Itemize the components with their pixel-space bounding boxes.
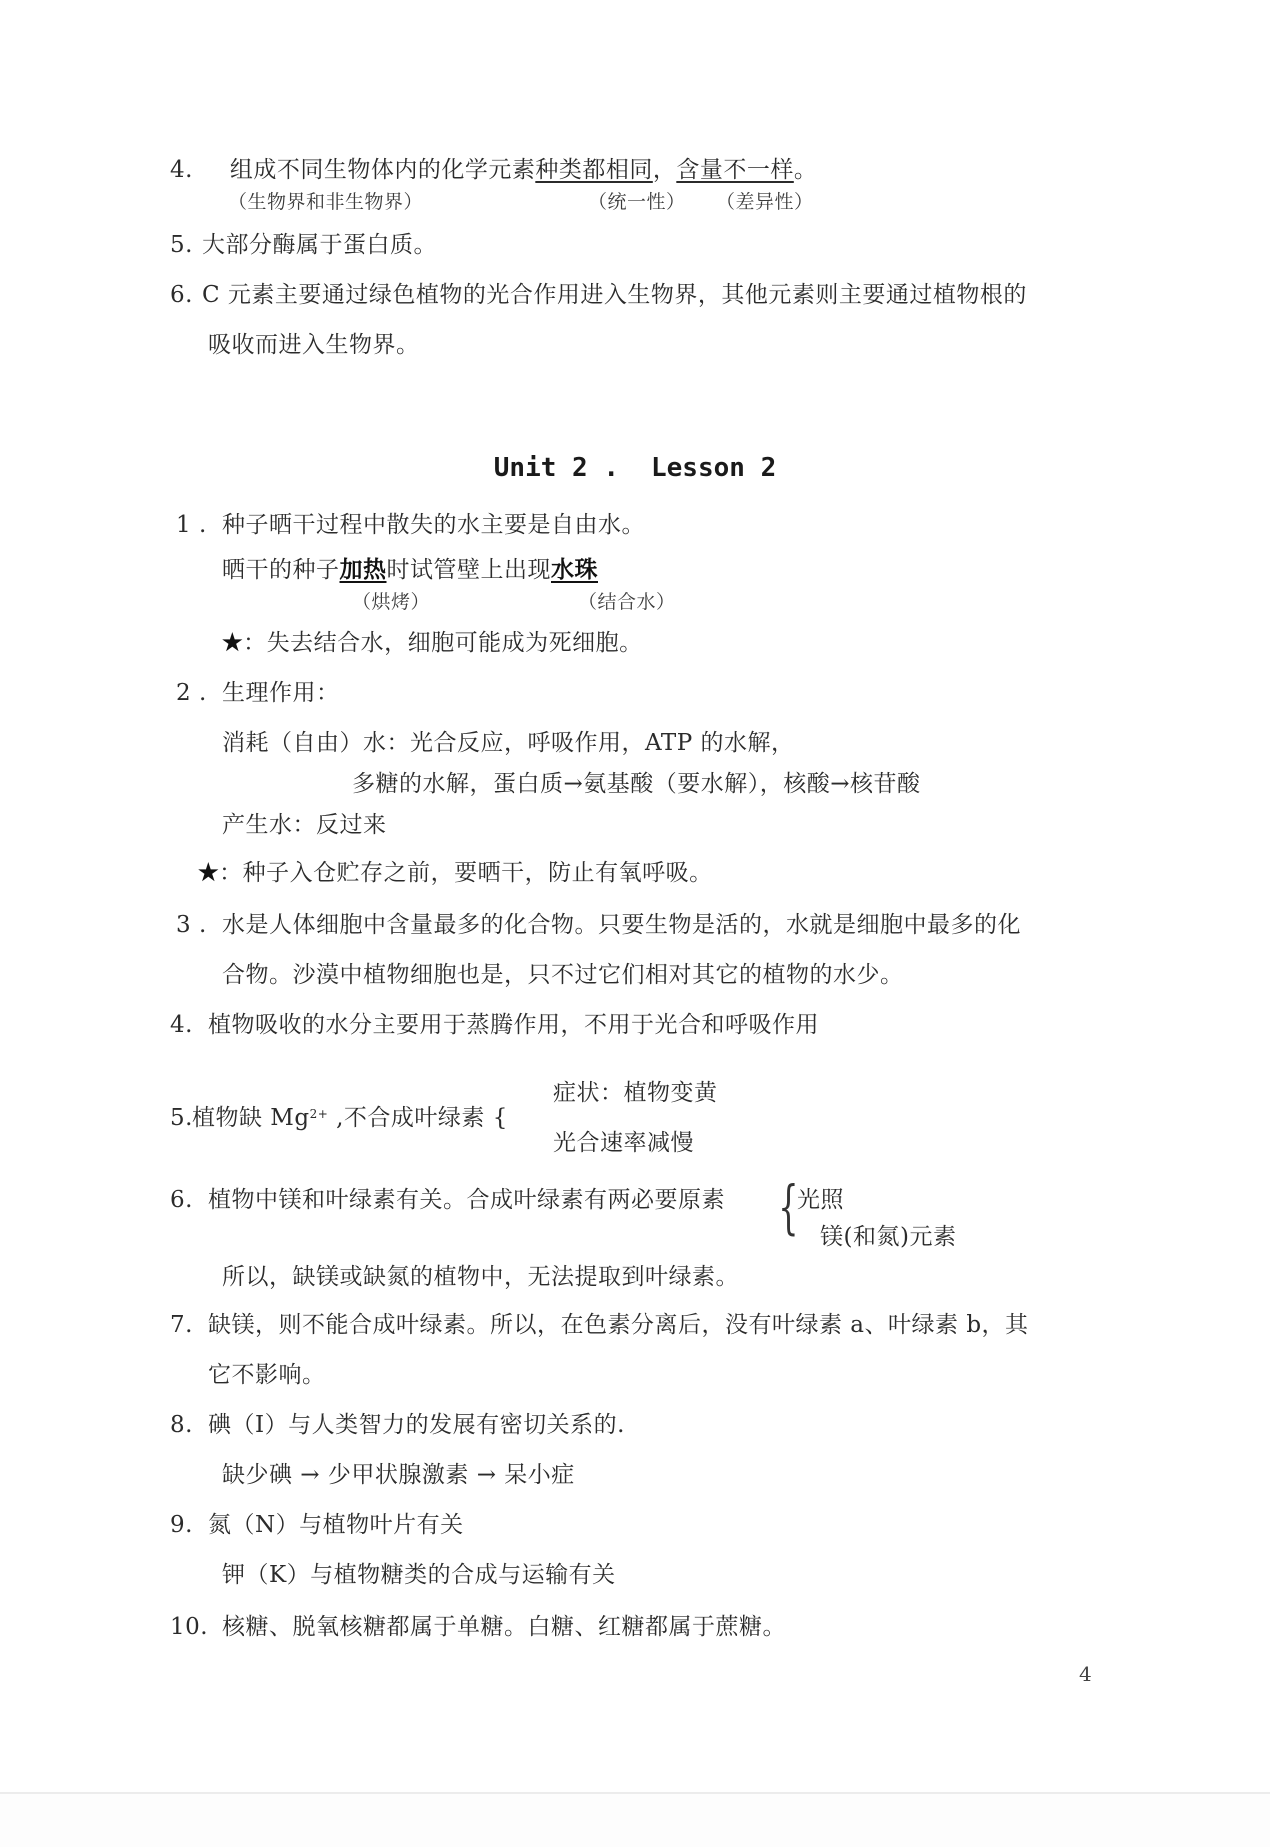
item-text: 缺镁，则不能合成叶绿素。所以，在色素分离后，没有叶绿素 a、叶绿素 b，其 — [208, 1312, 1029, 1338]
item-number: 4. — [170, 1010, 208, 1040]
lesson-item-6: 6.植物中镁和叶绿素有关。合成叶绿素有两必要原素 — [170, 1185, 725, 1215]
lesson-item-9-continuation: 钾（K）与植物糖类的合成与运输有关 — [222, 1560, 616, 1590]
item-number: 6. — [170, 280, 202, 310]
item-number: 10. — [170, 1612, 222, 1642]
underlined-term-same-kinds: 种类都相同 — [535, 157, 653, 183]
lesson-item-4: 4.植物吸收的水分主要用于蒸腾作用，不用于光合和呼吸作用 — [170, 1010, 819, 1040]
star-icon: ★ — [222, 629, 243, 656]
lesson-item-7-continuation: 它不影响。 — [208, 1360, 326, 1390]
item-number: 6. — [170, 1185, 208, 1215]
lesson-item-2-produce: 产生水：反过来 — [222, 810, 387, 840]
text: 时试管壁上出现 — [387, 557, 552, 583]
item-number: 4. — [170, 155, 222, 185]
lesson-item-1: 1 .种子晒干过程中散失的水主要是自由水。 — [176, 510, 645, 540]
item-text: 植物中镁和叶绿素有关。合成叶绿素有两必要原素 — [208, 1187, 725, 1213]
item-number: 3 . — [176, 910, 222, 940]
lesson-item-1-line-2: 晒干的种子加热时试管壁上出现水珠 — [222, 555, 598, 585]
next-page-gap — [0, 1794, 1270, 1847]
item-number: 9. — [170, 1510, 208, 1540]
item-text: 植物缺 Mg — [192, 1105, 310, 1131]
item-number: 2 . — [176, 678, 222, 708]
lesson-item-3: 3 .水是人体细胞中含量最多的化合物。只要生物是活的，水就是细胞中最多的化 — [176, 910, 1021, 940]
item-6-continuation: 吸收而进入生物界。 — [208, 330, 420, 360]
document-page: 4. 组成不同生物体内的化学元素种类都相同，含量不一样。 （生物界和非生物界） … — [0, 0, 1270, 1792]
lesson-item-5-branch-2: 光合速率减慢 — [553, 1128, 694, 1158]
lesson-item-2-consume-1: 消耗（自由）水：光合反应，呼吸作用，ATP 的水解， — [222, 728, 794, 758]
lesson-item-6-branch-2: 镁(和氮)元素 — [820, 1222, 956, 1252]
item-5-line: 5.大部分酶属于蛋白质。 — [170, 230, 437, 260]
lesson-label: Lesson 2 — [651, 453, 776, 483]
lesson-heading: Unit 2 .Lesson 2 — [0, 453, 1270, 483]
lesson-item-3-continuation: 合物。沙漠中植物细胞也是，只不过它们相对其它的植物的水少。 — [222, 960, 904, 990]
item-number: 5. — [170, 1103, 192, 1133]
item-text: 组成不同生物体内的化学元素 — [230, 157, 536, 183]
lesson-item-6-branch-1: 光照 — [797, 1185, 844, 1215]
lesson-item-8-chain: 缺少碘 → 少甲状腺激素 → 呆小症 — [222, 1460, 575, 1490]
bold-term-heating: 加热 — [340, 556, 387, 583]
item-text: 氮（N）与植物叶片有关 — [208, 1512, 464, 1538]
text: 晒干的种子 — [222, 557, 340, 583]
lesson-item-2: 2 .生理作用： — [176, 678, 340, 708]
lesson-item-1-star-note: ★：失去结合水，细胞可能成为死细胞。 — [222, 628, 643, 658]
item-text: 植物吸收的水分主要用于蒸腾作用，不用于光合和呼吸作用 — [208, 1012, 819, 1038]
underlined-term-different-content: 含量不一样 — [676, 157, 794, 183]
item-text: 大部分酶属于蛋白质。 — [202, 232, 437, 258]
item-text: 碘（I）与人类智力的发展有密切关系的. — [208, 1412, 625, 1438]
star-icon: ★ — [198, 859, 219, 886]
punctuation: 。 — [794, 157, 818, 183]
item-4-line: 4. 组成不同生物体内的化学元素种类都相同，含量不一样。 — [170, 155, 817, 185]
punctuation: ， — [653, 157, 677, 183]
lesson-item-7: 7.缺镁，则不能合成叶绿素。所以，在色素分离后，没有叶绿素 a、叶绿素 b，其 — [170, 1310, 1029, 1340]
page-number: 4 — [1079, 1662, 1092, 1686]
item-text: 水是人体细胞中含量最多的化合物。只要生物是活的，水就是细胞中最多的化 — [222, 912, 1021, 938]
item-text: 核糖、脱氧核糖都属于单糖。白糖、红糖都属于蔗糖。 — [222, 1614, 786, 1640]
star-note-text: ：失去结合水，细胞可能成为死细胞。 — [243, 630, 643, 656]
lesson-item-5: 5.植物缺 Mg2+ ,不合成叶绿素 { — [170, 1103, 508, 1133]
item-4-note-2: （统一性） — [588, 187, 686, 217]
lesson-item-6-continuation: 所以，缺镁或缺氮的植物中，无法提取到叶绿素。 — [222, 1262, 739, 1292]
lesson-item-8: 8.碘（I）与人类智力的发展有密切关系的. — [170, 1410, 625, 1440]
item-4-note-3: （差异性） — [716, 187, 814, 217]
lesson-item-2-consume-2: 多糖的水解，蛋白质→氨基酸（要水解），核酸→核苷酸 — [352, 769, 921, 799]
lesson-item-10: 10.核糖、脱氧核糖都属于单糖。白糖、红糖都属于蔗糖。 — [170, 1612, 786, 1642]
item-number: 1 . — [176, 510, 222, 540]
bold-term-water-droplets: 水珠 — [551, 556, 598, 583]
lesson-item-2-star-note: ★：种子入仓贮存之前，要晒干，防止有氧呼吸。 — [198, 858, 713, 888]
item-number: 5. — [170, 230, 202, 260]
item-text: 种子晒干过程中散失的水主要是自由水。 — [222, 512, 645, 538]
charge-superscript: 2+ — [310, 1107, 329, 1121]
lesson-item-9: 9.氮（N）与植物叶片有关 — [170, 1510, 464, 1540]
unit-label: Unit 2 . — [494, 453, 619, 483]
lesson-item-1-note-2: （结合水） — [578, 587, 676, 617]
item-text: ,不合成叶绿素 { — [328, 1105, 508, 1131]
item-text: 生理作用： — [222, 680, 340, 706]
item-number: 8. — [170, 1410, 208, 1440]
item-4-note-1: （生物界和非生物界） — [228, 187, 423, 217]
curly-brace-icon: { — [778, 1178, 798, 1236]
item-6-line: 6.C 元素主要通过绿色植物的光合作用进入生物界，其他元素则主要通过植物根的 — [170, 280, 1027, 310]
star-note-text: ：种子入仓贮存之前，要晒干，防止有氧呼吸。 — [219, 860, 713, 886]
item-text: C 元素主要通过绿色植物的光合作用进入生物界，其他元素则主要通过植物根的 — [202, 282, 1027, 308]
lesson-item-1-note-1: （烘烤） — [352, 587, 430, 617]
item-number: 7. — [170, 1310, 208, 1340]
lesson-item-5-branch-1: 症状：植物变黄 — [553, 1078, 718, 1108]
